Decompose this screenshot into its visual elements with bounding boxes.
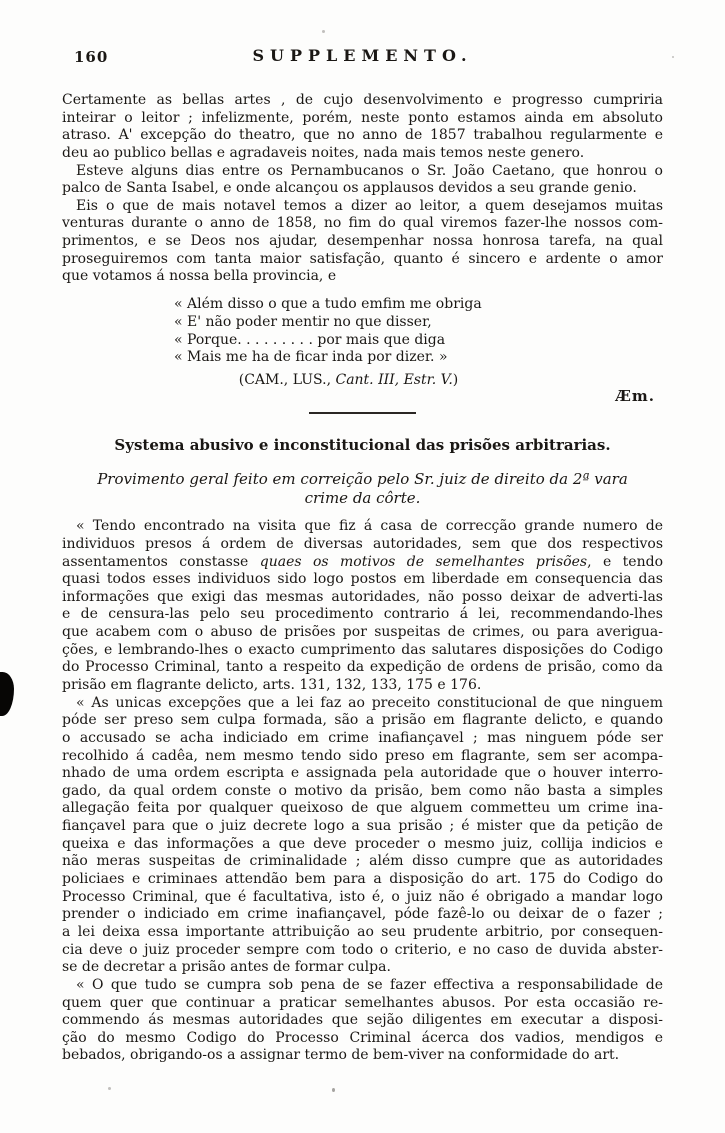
- text-line: « Porque. . . . . . . . . por mais que d…: [174, 332, 663, 350]
- text-line: prisão em flagrante delicto, arts. 131, …: [62, 677, 663, 695]
- text-line: que acabem com o abuso de prisões por su…: [62, 624, 663, 642]
- text-line: proseguiremos com tanta maior satisfação…: [62, 251, 663, 269]
- text-line: a lei deixa essa importante attribuição …: [62, 924, 663, 942]
- text-line: « Tendo encontrado na visita que fiz á c…: [62, 518, 663, 536]
- article-subtitle: Provimento geral feito em correição pelo…: [62, 470, 663, 508]
- page-header: 160 SUPPLEMENTO.: [62, 46, 663, 66]
- intro-paragraph-1: Certamente as bellas artes , de cujo des…: [62, 92, 663, 163]
- text-line: commendo ás mesmas autoridades que sejão…: [62, 1012, 663, 1030]
- text-line: palco de Santa Isabel, e onde alcançou o…: [62, 180, 663, 198]
- text-line: Eis o que de mais notavel temos a dizer …: [62, 198, 663, 216]
- article-paragraph-3: « O que tudo se cumpra sob pena de se fa…: [62, 977, 663, 1065]
- text-line: cia deve o juiz proceder sempre com todo…: [62, 942, 663, 960]
- text-line: fiançavel para que o juiz decrete logo a…: [62, 818, 663, 836]
- section-divider: [309, 412, 416, 414]
- page-number: 160: [74, 48, 108, 66]
- text-line: ção do mesmo Codigo do Processo Criminal…: [62, 1030, 663, 1048]
- scan-speck: [672, 56, 674, 58]
- text-line: policiaes e criminaes attendão bem para …: [62, 871, 663, 889]
- page-title: SUPPLEMENTO.: [62, 46, 663, 65]
- text-line: quasi todos esses individuos sido logo p…: [62, 571, 663, 589]
- text-line: allegação feita por qualquer queixoso de…: [62, 800, 663, 818]
- text-line: nhado de uma ordem escripta e assignada …: [62, 765, 663, 783]
- text-line: gado, da qual ordem conste o motivo da p…: [62, 783, 663, 801]
- text-line: primentos, e se Deos nos ajudar, desempe…: [62, 233, 663, 251]
- scan-speck: [332, 1088, 335, 1092]
- text-line: prender o indiciado em crime inafiançave…: [62, 906, 663, 924]
- article-paragraph-1: « Tendo encontrado na visita que fiz á c…: [62, 518, 663, 694]
- text-line: « Além disso o que a tudo emfim me obrig…: [174, 296, 663, 314]
- article-heading: Systema abusivo e inconstitucional das p…: [62, 436, 663, 455]
- text-line: informações que exigi das mesmas autorid…: [62, 589, 663, 607]
- text-line: o accusado se acha indiciado em crime in…: [62, 730, 663, 748]
- text-line: Provimento geral feito em correição pelo…: [62, 470, 663, 489]
- intro-paragraph-3: Eis o que de mais notavel temos a dizer …: [62, 198, 663, 286]
- text-line: queixa e das informações a que deve proc…: [62, 836, 663, 854]
- ink-blot: [0, 672, 14, 716]
- scan-speck: [150, 164, 152, 166]
- author-signature: Æm.: [62, 387, 663, 405]
- poem-citation: (CAM., LUS., Cant. III, Estr. V.): [62, 372, 635, 388]
- scanned-page: 160 SUPPLEMENTO. Certamente as bellas ar…: [0, 0, 725, 1133]
- text-line: póde ser preso sem culpa formada, são a …: [62, 712, 663, 730]
- text-line: « E' não poder mentir no que disser,: [174, 314, 663, 332]
- text-line: recolhido á cadêa, nem mesmo tendo sido …: [62, 748, 663, 766]
- article-body: « Tendo encontrado na visita que fiz á c…: [62, 518, 663, 1065]
- text-line: Processo Criminal, que é facultativa, is…: [62, 889, 663, 907]
- text-line: assentamentos constasse quaes os motivos…: [62, 554, 663, 572]
- text-line: quem quer que continuar a praticar semel…: [62, 995, 663, 1013]
- text-line: e de censura-las pelo seu procedimento c…: [62, 606, 663, 624]
- scan-speck: [322, 30, 325, 33]
- text-line: Certamente as bellas artes , de cujo des…: [62, 92, 663, 110]
- text-line: se de decretar a prisão antes de formar …: [62, 959, 663, 977]
- text-line: ções, e lembrando-lhes o exacto cumprime…: [62, 642, 663, 660]
- text-line: deu ao publico bellas e agradaveis noite…: [62, 145, 663, 163]
- text-line: que votamos á nossa bella provincia, e: [62, 268, 663, 286]
- scan-speck: [108, 1087, 111, 1090]
- text-line: « Mais me ha de ficar inda por dizer. »: [174, 349, 663, 367]
- text-line: venturas durante o anno de 1858, no fim …: [62, 215, 663, 233]
- text-line: bebados, obrigando-os a assignar termo d…: [62, 1047, 663, 1065]
- intro-paragraph-2: Esteve alguns dias entre os Pernambucano…: [62, 163, 663, 198]
- text-line: individuos presos á ordem de diversas au…: [62, 536, 663, 554]
- text-line: atraso. A' excepção do theatro, que no a…: [62, 127, 663, 145]
- article-paragraph-2: « As unicas excepções que a lei faz ao p…: [62, 695, 663, 977]
- text-line: inteirar o leitor ; infelizmente, porém,…: [62, 110, 663, 128]
- text-line: do Processo Criminal, tanto a respeito d…: [62, 659, 663, 677]
- poem-quote: « Além disso o que a tudo emfim me obrig…: [174, 296, 663, 367]
- text-line: « O que tudo se cumpra sob pena de se fa…: [62, 977, 663, 995]
- text-line: não meras suspeitas de criminalidade ; a…: [62, 853, 663, 871]
- text-line: « As unicas excepções que a lei faz ao p…: [62, 695, 663, 713]
- text-line: Esteve alguns dias entre os Pernambucano…: [62, 163, 663, 181]
- text-line: crime da côrte.: [62, 489, 663, 508]
